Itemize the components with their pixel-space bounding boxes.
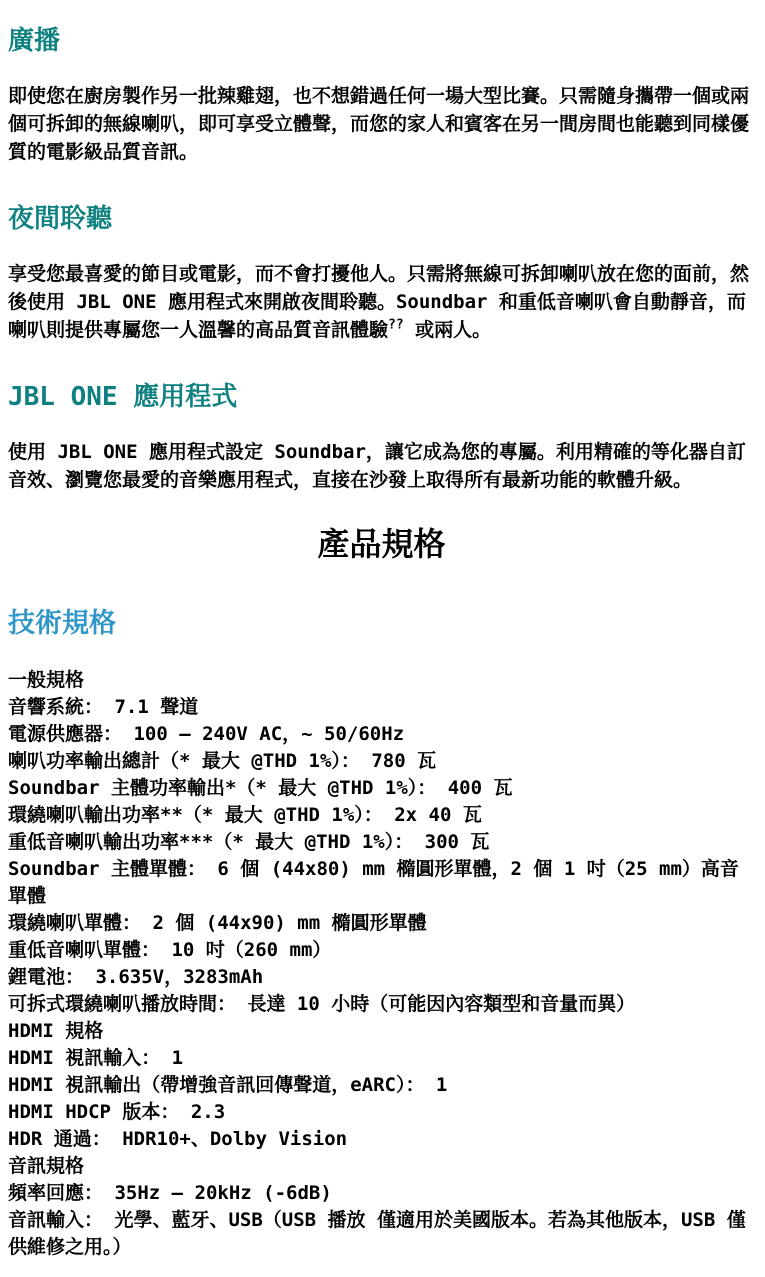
spec-line-hdmi-out: HDMI 視訊輸出（帶增強音訊回傳聲道，eARC）： 1 (8, 1072, 755, 1099)
document-page: 廣播 即使您在廚房製作另一批辣雞翅，也不想錯過任何一場大型比賽。只需隨身攜帶一個… (0, 0, 765, 1277)
spec-line-audio-input: 音訊輸入： 光學、藍牙、USB（USB 播放 僅適用於美國版本。若為其他版本，U… (8, 1207, 755, 1261)
footnote-marker: ?? (388, 318, 404, 333)
paragraph-night-listening-tail: 或兩人。 (404, 319, 491, 341)
heading-broadcast: 廣播 (8, 26, 755, 56)
spec-line-power-supply: 電源供應器： 100 – 240V AC，~ 50/60Hz (8, 721, 755, 748)
paragraph-jbl-one-app: 使用 JBL ONE 應用程式設定 Soundbar，讓它成為您的專屬。利用精確… (8, 438, 755, 494)
spec-line-hdr: HDR 通過： HDR10+、Dolby Vision (8, 1126, 755, 1153)
spec-line-surround-drivers: 環繞喇叭單體： 2 個 (44x90) mm 橢圓形單體 (8, 910, 755, 937)
paragraph-night-listening-text: 享受您最喜愛的節目或電影，而不會打擾他人。只需將無線可拆卸喇叭放在您的面前，然後… (8, 263, 749, 341)
heading-night-listening: 夜間聆聽 (8, 204, 755, 234)
spec-line-hdmi-header: HDMI 規格 (8, 1018, 755, 1045)
product-specs-title: 產品規格 (8, 526, 755, 562)
paragraph-broadcast: 即使您在廚房製作另一批辣雞翅，也不想錯過任何一場大型比賽。只需隨身攜帶一個或兩個… (8, 82, 755, 166)
spec-line-soundbar-output: Soundbar 主體功率輸出*（* 最大 @THD 1%）： 400 瓦 (8, 775, 755, 802)
spec-line-soundbar-drivers: Soundbar 主體單體： 6 個 (44x80) mm 橢圓形單體，2 個 … (8, 856, 755, 910)
spec-line-surround-output: 環繞喇叭輸出功率**（* 最大 @THD 1%）： 2x 40 瓦 (8, 802, 755, 829)
spec-line-hdmi-in: HDMI 視訊輸入： 1 (8, 1045, 755, 1072)
spec-line-playtime: 可拆式環繞喇叭播放時間： 長達 10 小時（可能因內容類型和音量而異） (8, 991, 755, 1018)
spec-line-subwoofer-driver: 重低音喇叭單體： 10 吋（260 mm） (8, 937, 755, 964)
spec-list: 一般規格 音響系統： 7.1 聲道 電源供應器： 100 – 240V AC，~… (8, 667, 755, 1261)
spec-line-frequency: 頻率回應： 35Hz – 20kHz (-6dB) (8, 1180, 755, 1207)
spec-line-battery: 鋰電池： 3.635V，3283mAh (8, 964, 755, 991)
spec-line-general: 一般規格 (8, 667, 755, 694)
spec-line-hdcp: HDMI HDCP 版本： 2.3 (8, 1099, 755, 1126)
spec-line-audio-header: 音訊規格 (8, 1153, 755, 1180)
spec-line-subwoofer-output: 重低音喇叭輸出功率***（* 最大 @THD 1%）： 300 瓦 (8, 829, 755, 856)
spec-line-total-output: 喇叭功率輸出總計（* 最大 @THD 1%）： 780 瓦 (8, 748, 755, 775)
tech-specs-heading: 技術規格 (8, 608, 755, 639)
paragraph-night-listening: 享受您最喜愛的節目或電影，而不會打擾他人。只需將無線可拆卸喇叭放在您的面前，然後… (8, 260, 755, 344)
spec-line-audio-system: 音響系統： 7.1 聲道 (8, 694, 755, 721)
heading-jbl-one-app: JBL ONE 應用程式 (8, 382, 755, 412)
